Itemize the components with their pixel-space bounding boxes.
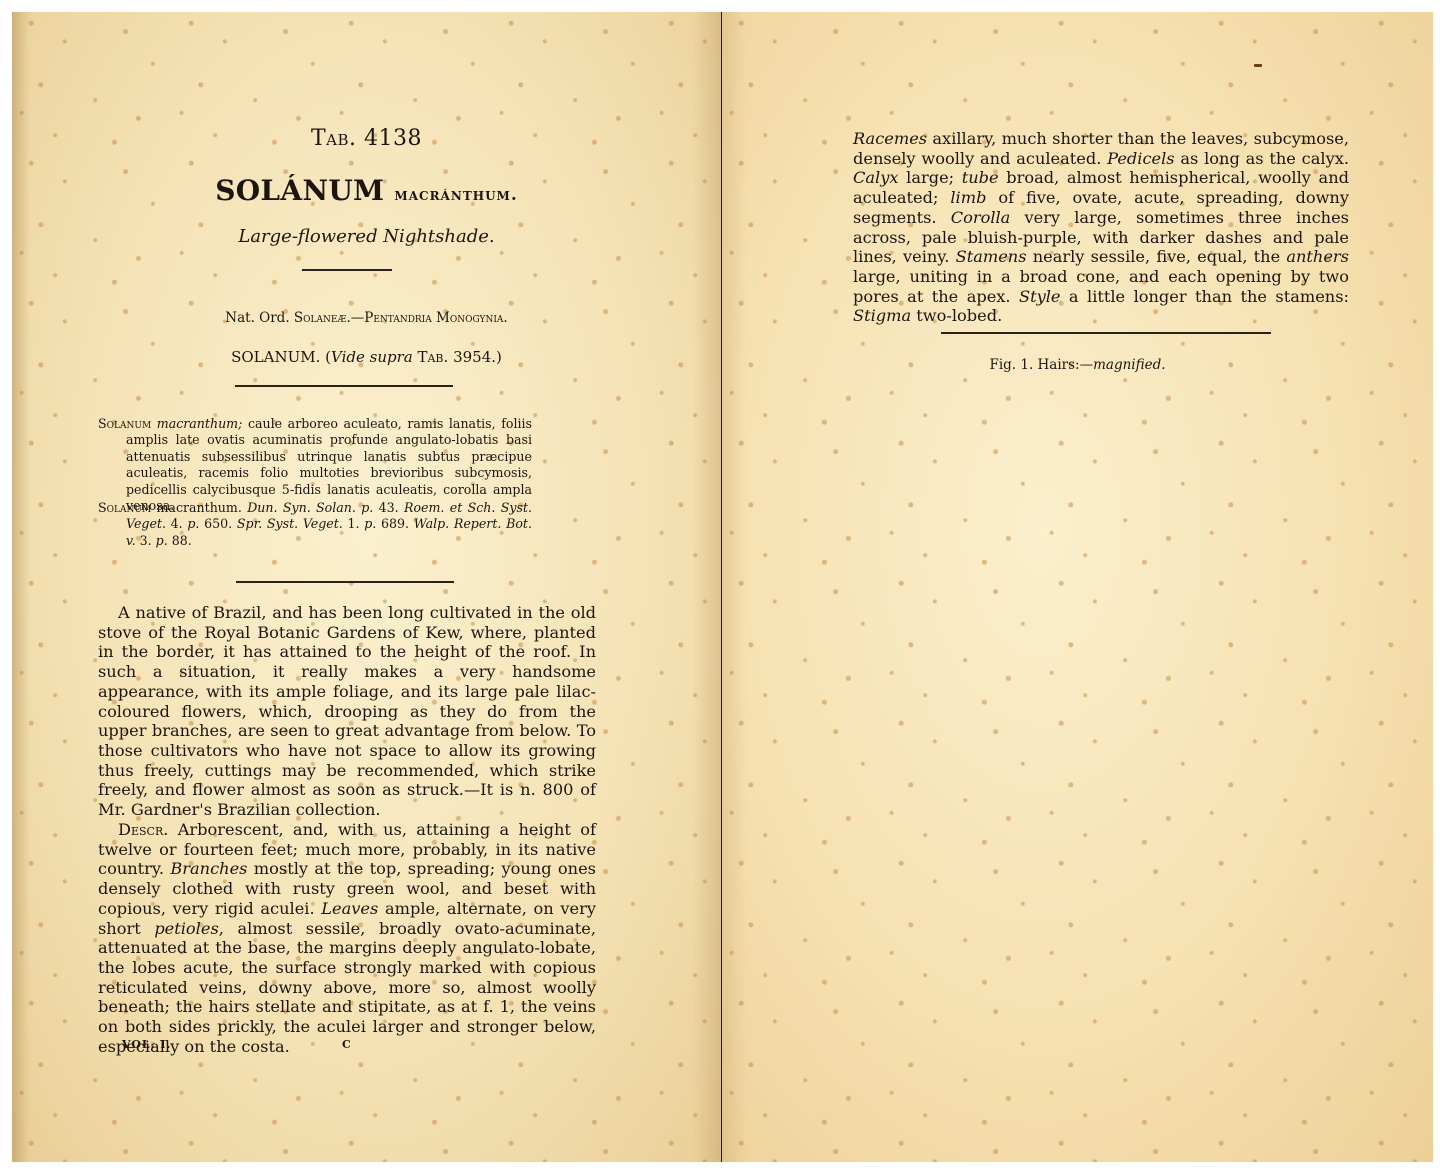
reference-page: 650. (199, 516, 236, 531)
descr-term: Branches (170, 859, 247, 878)
natural-order: Nat. Ord. Solaneæ.—Pentandria Monogynia. (12, 310, 721, 326)
descr-term: limb (950, 188, 986, 207)
descr-term: Leaves (321, 899, 378, 918)
figure-caption-italic: magnified. (1093, 357, 1165, 373)
tab-label: Tab. (311, 126, 357, 151)
paragraph-text: A native of Brazil, and has been long cu… (98, 603, 596, 820)
reference-work: Spr. Syst. Veget. (237, 516, 343, 531)
divider-rule (235, 385, 453, 387)
latin-epithet: macranthum; (157, 416, 243, 431)
reference-page: 88. (168, 533, 192, 548)
book-spread: Tab. 4138 SOLÁNUM macránthum. Large-flow… (12, 12, 1433, 1162)
divider-rule (302, 269, 392, 271)
paragraph-native-range: A native of Brazil, and has been long cu… (98, 603, 596, 820)
species-title: SOLÁNUM macránthum. (12, 174, 721, 207)
descr-term: Style (1019, 287, 1061, 306)
latin-genus: Solanum (98, 416, 151, 431)
descr-term: Corolla (951, 208, 1011, 227)
genus-name: SOLÁNUM (215, 174, 384, 207)
descr-label: Descr. (118, 820, 168, 839)
descr-term: Calyx (853, 168, 899, 187)
genus-ref-name: SOLANUM. (231, 348, 320, 366)
reference-page: 43. (373, 500, 404, 515)
volume-footer: VOL. I. (122, 1038, 171, 1051)
reference-work: p. (364, 516, 376, 531)
nat-ord-class: —Pentandria Monogynia. (351, 310, 508, 326)
reference-page: 4. (166, 516, 187, 531)
gutter-shadow (722, 12, 747, 1162)
reference-work: p. (156, 533, 168, 548)
figure-caption: Fig. 1. Hairs:—magnified. (722, 357, 1433, 373)
vide-supra: Vide supra (331, 348, 413, 366)
descr-text: , almost sessile, broadly ovato-acuminat… (98, 919, 596, 1056)
species-epithet: macránthum. (394, 185, 517, 205)
genus-reference: SOLANUM. (Vide supra Tab. 3954.) (12, 348, 721, 366)
nat-ord-family: Solaneæ. (294, 310, 351, 326)
plate-number: Tab. 4138 (12, 126, 721, 151)
descr-term: Stamens (956, 247, 1027, 266)
signature-mark: C (342, 1038, 351, 1051)
reference-page: 689. (376, 516, 413, 531)
ink-speck (1254, 64, 1262, 67)
reference-page: 3. (136, 533, 156, 548)
right-page: Racemes axillary, much shorter than the … (722, 12, 1433, 1162)
figure-caption-label: Fig. 1. Hairs:— (989, 357, 1093, 373)
divider-rule (236, 581, 454, 583)
descr-text: two-lobed. (911, 306, 1002, 325)
descr-term: petioles (154, 919, 218, 938)
descr-term: tube (962, 168, 999, 187)
synonymy: Solanum macranthum. Dun. Syn. Solan. p. … (98, 500, 532, 549)
genus-ref-number: 3954.) (453, 348, 502, 366)
reference-work: p. (187, 516, 199, 531)
descr-term: Pedicels (1107, 149, 1174, 168)
paragraph-description: Descr. Arborescent, and, with us, attain… (98, 820, 596, 1056)
descr-text: a little longer than the stamens: (1061, 287, 1350, 306)
genus-ref-tab: Tab. (417, 348, 448, 366)
descr-text: as long as the calyx. (1175, 149, 1349, 168)
descr-term: Stigma (853, 306, 911, 325)
divider-rule (941, 332, 1271, 334)
left-page: Tab. 4138 SOLÁNUM macránthum. Large-flow… (12, 12, 721, 1162)
tab-number: 4138 (364, 126, 422, 151)
synonymy-genus: Solanum (98, 500, 151, 515)
description-continued: Racemes axillary, much shorter than the … (853, 129, 1349, 326)
descr-text: large; (899, 168, 962, 187)
descr-term: anthers (1286, 247, 1349, 266)
reference-page: 1. (343, 516, 364, 531)
reference-work: Dun. Syn. Solan. p. (247, 500, 373, 515)
nat-ord-prefix: Nat. Ord. (225, 310, 289, 326)
descr-term: Racemes (853, 129, 927, 148)
descr-text: nearly sessile, five, equal, the (1027, 247, 1287, 266)
synonymy-name: macranthum. (151, 500, 247, 515)
common-name: Large-flowered Nightshade. (12, 226, 721, 247)
